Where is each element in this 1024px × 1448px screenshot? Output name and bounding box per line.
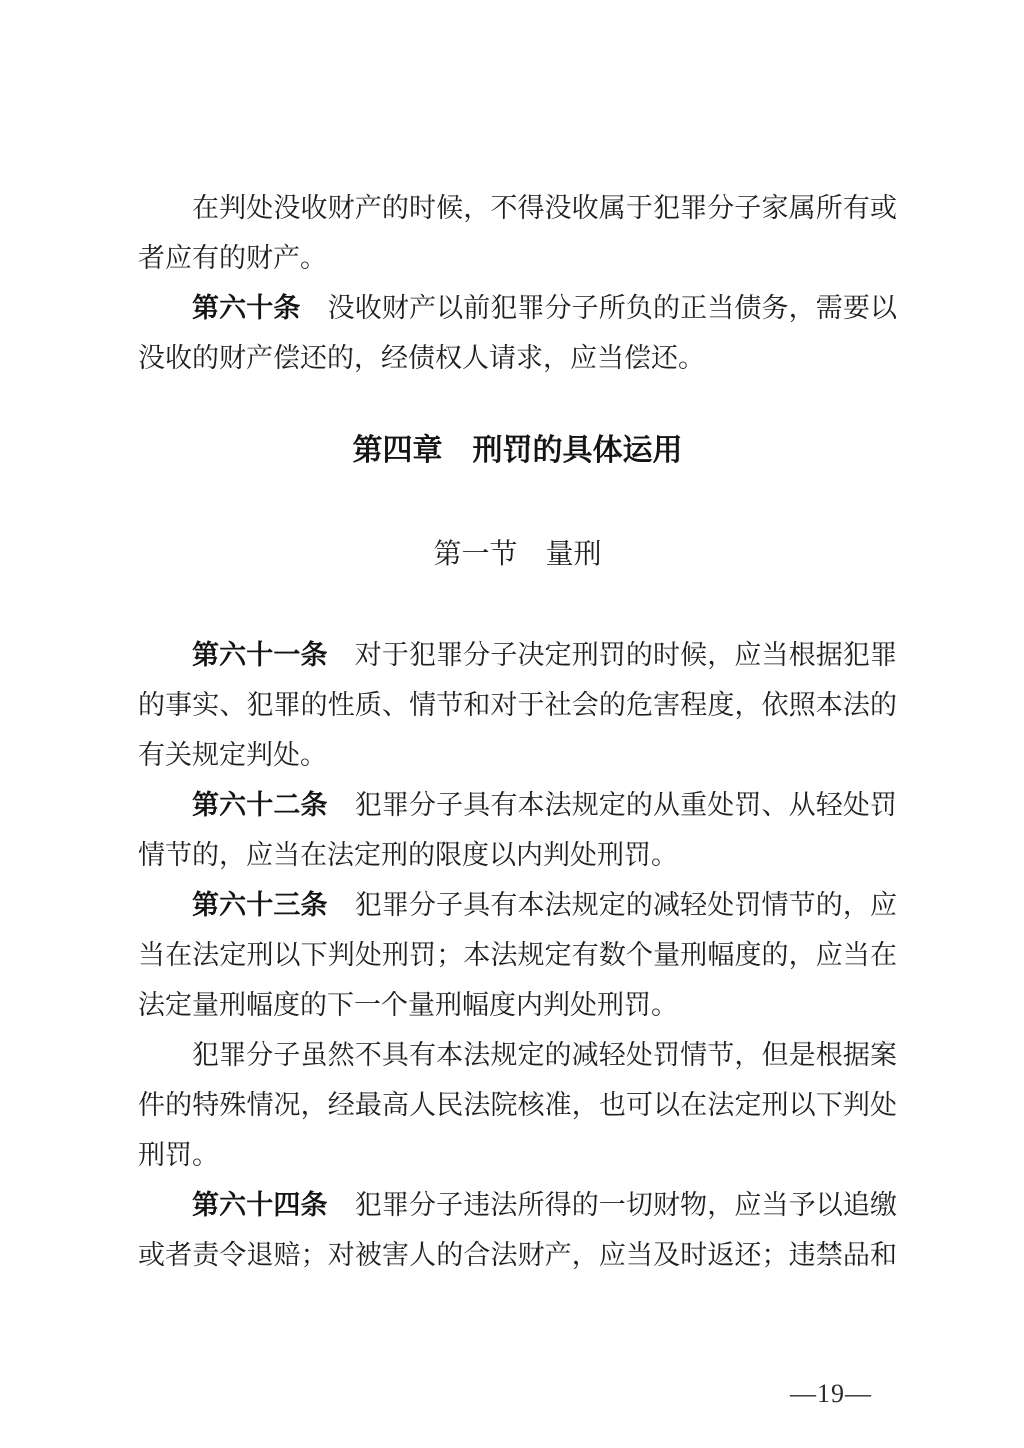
article-number: 第六十四条 [192,1190,328,1220]
line-text: 的事实、犯罪的性质、情节和对于社会的危害程度，依照本法的 [138,690,897,720]
article-64-paragraph: 第六十四条 犯罪分子违法所得的一切财物，应当予以追缴或者责令退赔；对被害人的合法… [138,1180,897,1280]
line-text: 刑罚。 [138,1140,219,1170]
line-text: 犯罪分子虽然不具有本法规定的减轻处罚情节，但是根据案 [192,1040,897,1070]
page-number: —19— [790,1378,872,1410]
line-text: 者应有的财产。 [138,243,327,273]
article-62-paragraph: 第六十二条 犯罪分子具有本法规定的从重处罚、从轻处罚情节的，应当在法定刑的限度以… [138,780,897,880]
text-line: 法定量刑幅度的下一个量刑幅度内判处刑罚。 [138,980,897,1030]
line-text: 情节的，应当在法定刑的限度以内判处刑罚。 [138,840,678,870]
text-line: 第六十二条 犯罪分子具有本法规定的从重处罚、从轻处罚 [138,780,897,830]
article-59-continuation-paragraph: 在判处没收财产的时候，不得没收属于犯罪分子家属所有或者应有的财产。 [138,183,897,283]
document-page: 在判处没收财产的时候，不得没收属于犯罪分子家属所有或者应有的财产。第六十条 没收… [0,0,1024,1448]
text-line: 的事实、犯罪的性质、情节和对于社会的危害程度，依照本法的 [138,680,897,730]
line-text: 没收的财产偿还的，经债权人请求，应当偿还。 [138,343,705,373]
article-number: 第六十二条 [192,790,328,820]
text-line: 当在法定刑以下判处刑罚；本法规定有数个量刑幅度的，应当在 [138,930,897,980]
article-number: 第六十一条 [192,640,328,670]
document-body: 在判处没收财产的时候，不得没收属于犯罪分子家属所有或者应有的财产。第六十条 没收… [138,183,897,1280]
line-text: 或者责令退赔；对被害人的合法财产，应当及时返还；违禁品和 [138,1240,897,1270]
text-line: 刑罚。 [138,1130,897,1180]
article-60-paragraph: 第六十条 没收财产以前犯罪分子所负的正当债务，需要以没收的财产偿还的，经债权人请… [138,283,897,383]
line-text: 犯罪分子违法所得的一切财物，应当予以追缴 [328,1190,897,1220]
line-text: 件的特殊情况，经最高人民法院核准，也可以在法定刑以下判处 [138,1090,897,1120]
line-text: 当在法定刑以下判处刑罚；本法规定有数个量刑幅度的，应当在 [138,940,897,970]
line-text: 没收财产以前犯罪分子所负的正当债务，需要以 [300,293,897,323]
text-line: 件的特殊情况，经最高人民法院核准，也可以在法定刑以下判处 [138,1080,897,1130]
text-line: 第六十条 没收财产以前犯罪分子所负的正当债务，需要以 [138,283,897,333]
chapter-4-heading: 第四章 刑罚的具体运用 [138,426,897,476]
text-line: 没收的财产偿还的，经债权人请求，应当偿还。 [138,333,897,383]
article-number: 第六十三条 [192,890,328,920]
text-line: 者应有的财产。 [138,233,897,283]
article-63-paragraph-1: 第六十三条 犯罪分子具有本法规定的减轻处罚情节的，应当在法定刑以下判处刑罚；本法… [138,880,897,1030]
article-61-paragraph: 第六十一条 对于犯罪分子决定刑罚的时候，应当根据犯罪的事实、犯罪的性质、情节和对… [138,630,897,780]
article-63-paragraph-2: 犯罪分子虽然不具有本法规定的减轻处罚情节，但是根据案件的特殊情况，经最高人民法院… [138,1030,897,1180]
text-line: 第六十三条 犯罪分子具有本法规定的减轻处罚情节的，应 [138,880,897,930]
text-line: 第六十一条 对于犯罪分子决定刑罚的时候，应当根据犯罪 [138,630,897,680]
section-1-heading: 第一节 量刑 [138,530,897,580]
line-text: 犯罪分子具有本法规定的减轻处罚情节的，应 [328,890,897,920]
article-number: 第六十条 [192,293,300,323]
line-text: 对于犯罪分子决定刑罚的时候，应当根据犯罪 [328,640,897,670]
text-line: 情节的，应当在法定刑的限度以内判处刑罚。 [138,830,897,880]
line-text: 法定量刑幅度的下一个量刑幅度内判处刑罚。 [138,990,678,1020]
text-line: 犯罪分子虽然不具有本法规定的减轻处罚情节，但是根据案 [138,1030,897,1080]
text-line: 在判处没收财产的时候，不得没收属于犯罪分子家属所有或 [138,183,897,233]
text-line: 有关规定判处。 [138,730,897,780]
line-text: 有关规定判处。 [138,740,327,770]
line-text: 犯罪分子具有本法规定的从重处罚、从轻处罚 [328,790,897,820]
text-line: 第六十四条 犯罪分子违法所得的一切财物，应当予以追缴 [138,1180,897,1230]
text-line: 或者责令退赔；对被害人的合法财产，应当及时返还；违禁品和 [138,1230,897,1280]
line-text: 在判处没收财产的时候，不得没收属于犯罪分子家属所有或 [192,193,897,223]
